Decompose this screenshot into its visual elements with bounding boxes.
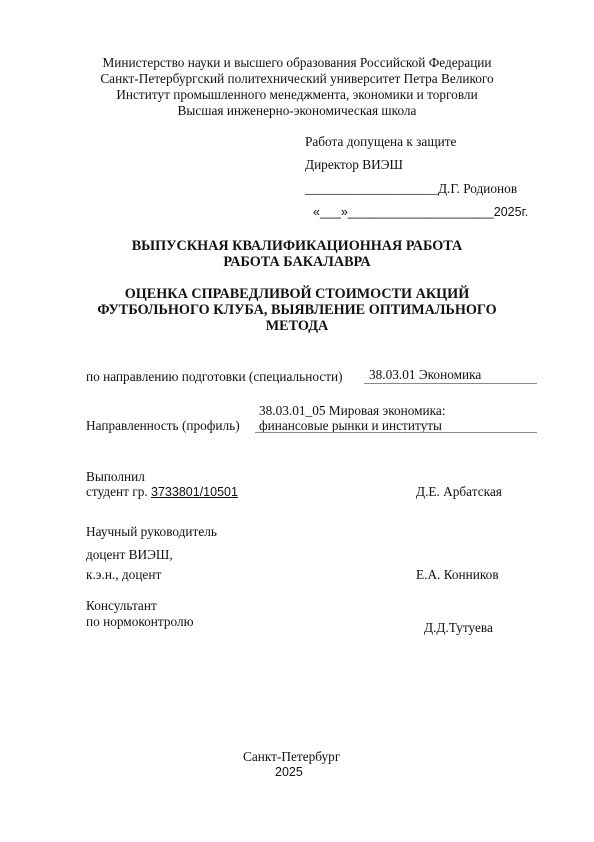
- thesis-title: ОЦЕНКА СПРАВЕДЛИВОЙ СТОИМОСТИ АКЦИЙ ФУТБ…: [0, 286, 594, 334]
- direction-value: 38.03.01 Экономика: [369, 367, 481, 383]
- direction-label: по направлению подготовки (специальности…: [86, 369, 343, 385]
- profile-underline: [255, 432, 537, 433]
- consultant-name: Д.Д.Тутуева: [424, 620, 493, 636]
- work-type: ВЫПУСКНАЯ КВАЛИФИКАЦИОННАЯ РАБОТА РАБОТА…: [0, 238, 594, 270]
- student-group-prefix: студент гр.: [86, 484, 151, 499]
- day-blank: ___: [320, 205, 341, 219]
- thesis-title-line-1: ОЦЕНКА СПРАВЕДЛИВОЙ СТОИМОСТИ АКЦИЙ: [0, 286, 594, 302]
- ministry-line: Министерство науки и высшего образования…: [0, 55, 594, 71]
- footer-city: Санкт-Петербург: [243, 749, 340, 765]
- director-signature: ____________________Д.Г. Родионов: [305, 181, 517, 197]
- month-blank: _____________________: [348, 205, 494, 219]
- date-open-quote: «: [313, 205, 320, 219]
- approval-line-2: Директор ВИЭШ: [305, 157, 403, 173]
- consultant-label-1: Консультант: [86, 598, 157, 614]
- supervisor-name: Е.А. Конников: [416, 567, 499, 583]
- supervisor-label-1: Научный руководитель: [86, 524, 217, 540]
- student-label-1: Выполнил: [86, 469, 145, 485]
- supervisor-label-2: доцент ВИЭШ,: [86, 547, 173, 563]
- school-line: Высшая инженерно-экономическая школа: [0, 103, 594, 119]
- signature-blank: ____________________: [305, 181, 438, 196]
- work-type-line-1: ВЫПУСКНАЯ КВАЛИФИКАЦИОННАЯ РАБОТА: [0, 238, 594, 254]
- thesis-title-line-2: ФУТБОЛЬНОГО КЛУБА, ВЫЯВЛЕНИЕ ОПТИМАЛЬНОГ…: [0, 302, 594, 318]
- date-close-quote: »: [341, 205, 348, 219]
- approval-year: 2025г.: [494, 205, 528, 219]
- work-type-line-2: РАБОТА БАКАЛАВРА: [0, 254, 594, 270]
- student-group: 3733801/10501: [151, 485, 238, 499]
- director-name: Д.Г. Родионов: [438, 181, 517, 196]
- approval-date: «___»_____________________2025г.: [313, 205, 528, 219]
- profile-value-line-1: 38.03.01_05 Мировая экономика:: [259, 403, 446, 419]
- profile-label: Направленность (профиль): [86, 418, 240, 434]
- direction-underline: [364, 383, 537, 384]
- consultant-label-2: по нормоконтролю: [86, 614, 194, 630]
- institution-header: Министерство науки и высшего образования…: [0, 55, 594, 119]
- student-label-2: студент гр. 3733801/10501: [86, 484, 238, 500]
- university-line: Санкт-Петербургский политехнический унив…: [0, 71, 594, 87]
- institute-line: Институт промышленного менеджмента, экон…: [0, 87, 594, 103]
- footer-year: 2025: [275, 765, 303, 779]
- supervisor-label-3: к.э.н., доцент: [86, 567, 161, 583]
- thesis-title-line-3: МЕТОДА: [0, 318, 594, 334]
- student-name: Д.Е. Арбатская: [416, 484, 502, 500]
- approval-line-1: Работа допущена к защите: [305, 134, 456, 150]
